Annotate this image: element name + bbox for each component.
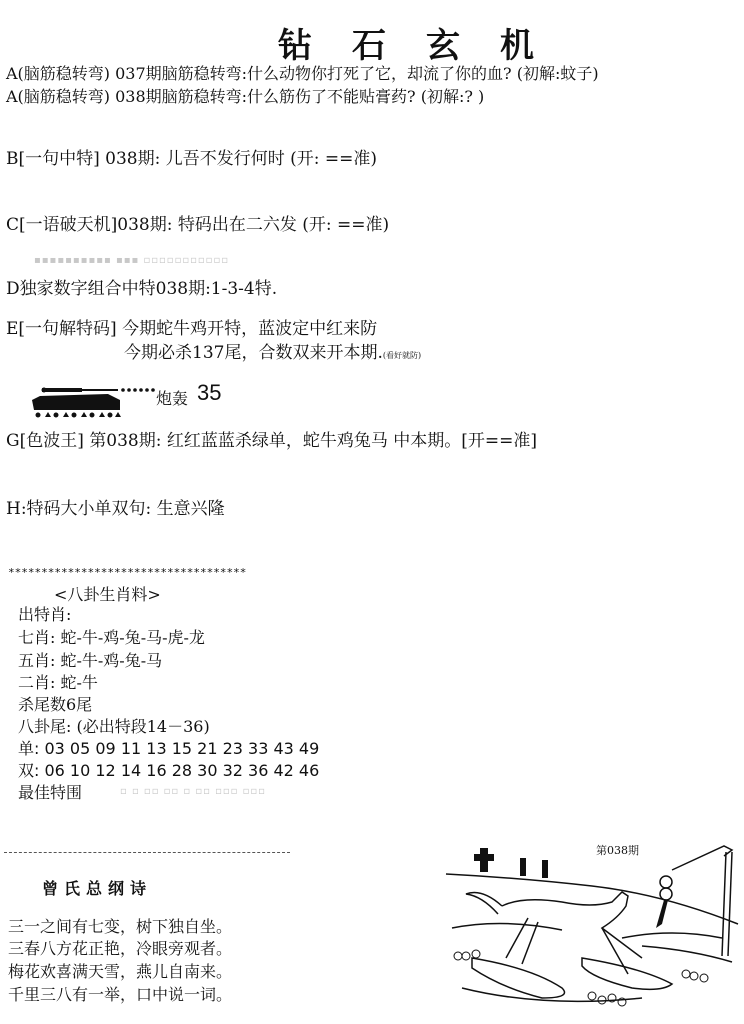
- section-e-text: 今期必杀137尾，合数双来开本期.: [124, 343, 383, 363]
- fox-illustration: [442, 838, 742, 1024]
- faded-text: ▪▪▪▪▪▪▪▪▪▪ ▪▪▪ ▫▫▫▫▫▫▫▫▫▫▫: [34, 255, 229, 266]
- best-range-faded: ▫ ▫ ▫▫ ▫▫ ▫ ▫▫ ▫▫▫ ▫▫▫: [120, 786, 266, 797]
- poem-title: 曾氏总纲诗: [42, 876, 152, 899]
- dashed-divider: [4, 852, 290, 853]
- tank-label: 炮轰: [156, 386, 188, 409]
- bagua-line: 二肖: 蛇-牛: [18, 672, 98, 693]
- tank-number: 35: [197, 380, 221, 406]
- riddle-037: A(脑筋稳转弯) 037期脑筋稳转弯:什么动物你打死了它，却流了你的血? (初解…: [6, 64, 599, 84]
- section-c: C[一语破天机]038期: 特码出在二六发 (开: ==准): [6, 214, 389, 236]
- section-b: B[一句中特] 038期: 儿吾不发行何时 (开: ==准): [6, 148, 377, 170]
- section-g: G[色波王] 第038期: 红红蓝蓝杀绿单，蛇牛鸡兔马 中本期。[开==准]: [6, 430, 537, 452]
- poem-line: 三春八方花正艳，冷眼旁观者。: [8, 938, 232, 959]
- section-e-line1: E[一句解特码] 今期蛇牛鸡开特，蓝波定中红来防: [6, 318, 377, 340]
- bagua-line: 出特肖:: [18, 604, 71, 625]
- best-range-label: 最佳特围: [18, 782, 82, 803]
- odd-numbers: 单: 03 05 09 11 13 15 21 23 33 43 49: [18, 738, 319, 759]
- section-e-note: (看好就防): [383, 351, 421, 360]
- poem-line: 梅花欢喜满天雪，燕儿自南来。: [8, 961, 232, 982]
- section-d: D独家数字组合中特038期:1-3-4特.: [6, 278, 277, 300]
- bagua-line: 七肖: 蛇-牛-鸡-兔-马-虎-龙: [18, 627, 205, 648]
- section-e-line2: 今期必杀137尾，合数双来开本期.(看好就防): [124, 342, 421, 367]
- even-numbers: 双: 06 10 12 14 16 28 30 32 36 42 46: [18, 760, 319, 781]
- bagua-line: 杀尾数6尾: [18, 694, 92, 715]
- riddle-038: A(脑筋稳转弯) 038期脑筋稳转弯:什么筋伤了不能贴膏药? (初解:? ): [6, 87, 484, 107]
- page-title: 钻石玄机: [278, 18, 574, 67]
- star-divider: ************************************: [8, 566, 246, 579]
- bagua-line: 八卦尾: (必出特段14－36): [18, 716, 210, 737]
- poem-line: 三一之间有七变，树下独自坐。: [8, 916, 232, 937]
- bagua-line: 五肖: 蛇-牛-鸡-兔-马: [18, 650, 162, 671]
- poem-line: 千里三八有一举，口中说一词。: [8, 984, 232, 1005]
- section-h: H:特码大小单双句: 生意兴隆: [6, 498, 225, 520]
- bagua-title: <八卦生肖料>: [54, 582, 161, 605]
- illustration-label: 第038期: [596, 842, 639, 858]
